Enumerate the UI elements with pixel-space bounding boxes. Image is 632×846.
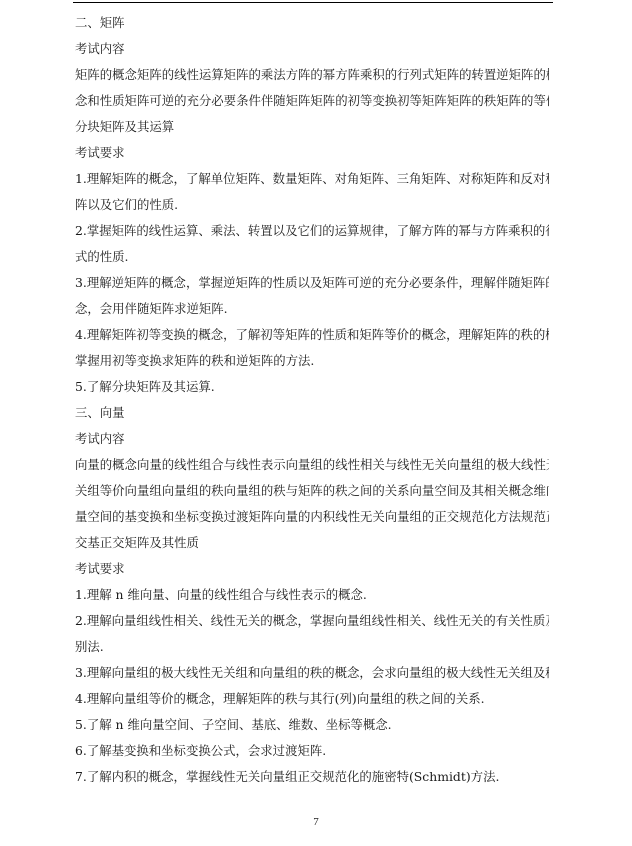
content-line: 量空间的基变换和坐标变换过渡矩阵向量的内积线性无关向量组的正交规范化方法规范正 <box>75 504 549 530</box>
requirement-line: 式的性质. <box>75 244 549 270</box>
requirement-line: 2.掌握矩阵的线性运算、乘法、转置以及它们的运算规律，了解方阵的幂与方阵乘积的行… <box>75 218 549 244</box>
content-line: 关组等价向量组向量组的秩向量组的秩与矩阵的秩之间的关系向量空间及其相关概念维向 <box>75 478 549 504</box>
requirement-line: 2.理解向量组线性相关、线性无关的概念，掌握向量组线性相关、线性无关的有关性质及… <box>75 608 549 634</box>
requirement-line: 4.理解向量组等价的概念，理解矩阵的秩与其行(列)向量组的秩之间的关系. <box>75 686 549 712</box>
requirement-line: 3.理解向量组的极大线性无关组和向量组的秩的概念，会求向量组的极大线性无关组及秩… <box>75 660 549 686</box>
requirement-line: 掌握用初等变换求矩阵的秩和逆矩阵的方法. <box>75 348 549 374</box>
content-label: 考试内容 <box>75 426 549 452</box>
requirement-line: 5.了解 n 维向量空间、子空间、基底、维数、坐标等概念. <box>75 712 549 738</box>
content-line: 矩阵的概念矩阵的线性运算矩阵的乘法方阵的幂方阵乘积的行列式矩阵的转置逆矩阵的概 <box>75 62 549 88</box>
page-number: 7 <box>0 816 632 828</box>
content-label: 考试内容 <box>75 36 549 62</box>
header-rule <box>73 2 553 3</box>
requirement-line: 5.了解分块矩阵及其运算. <box>75 374 549 400</box>
requirement-line: 念，会用伴随矩阵求逆矩阵. <box>75 296 549 322</box>
content-line: 分块矩阵及其运算 <box>75 114 549 140</box>
section-heading-matrix: 二、矩阵 <box>75 10 549 36</box>
requirement-line: 6.了解基变换和坐标变换公式，会求过渡矩阵. <box>75 738 549 764</box>
requirement-line: 7.了解内积的概念，掌握线性无关向量组正交规范化的施密特(Schmidt)方法. <box>75 764 549 790</box>
requirement-line: 3.理解逆矩阵的概念，掌握逆矩阵的性质以及矩阵可逆的充分必要条件，理解伴随矩阵的… <box>75 270 549 296</box>
content-line: 念和性质矩阵可逆的充分必要条件伴随矩阵矩阵的初等变换初等矩阵矩阵的秩矩阵的等价 <box>75 88 549 114</box>
requirement-line: 阵以及它们的性质. <box>75 192 549 218</box>
document-body: 二、矩阵 考试内容 矩阵的概念矩阵的线性运算矩阵的乘法方阵的幂方阵乘积的行列式矩… <box>75 10 549 790</box>
requirement-line: 1.理解 n 维向量、向量的线性组合与线性表示的概念. <box>75 582 549 608</box>
requirement-line: 1.理解矩阵的概念，了解单位矩阵、数量矩阵、对角矩阵、三角矩阵、对称矩阵和反对称… <box>75 166 549 192</box>
requirements-label: 考试要求 <box>75 556 549 582</box>
requirement-line: 别法. <box>75 634 549 660</box>
section-heading-vector: 三、向量 <box>75 400 549 426</box>
content-line: 向量的概念向量的线性组合与线性表示向量组的线性相关与线性无关向量组的极大线性无 <box>75 452 549 478</box>
requirements-label: 考试要求 <box>75 140 549 166</box>
content-line: 交基正交矩阵及其性质 <box>75 530 549 556</box>
requirement-line: 4.理解矩阵初等变换的概念，了解初等矩阵的性质和矩阵等价的概念，理解矩阵的秩的概… <box>75 322 549 348</box>
